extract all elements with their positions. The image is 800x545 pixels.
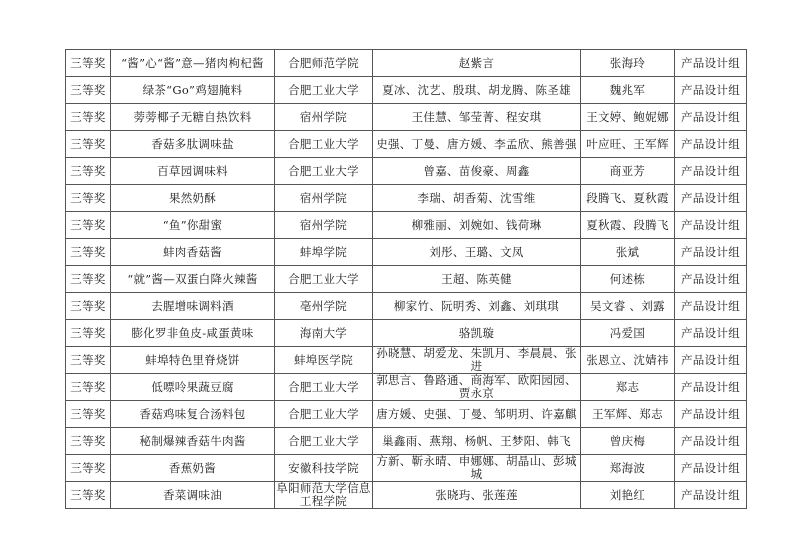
table-row: 三等奖 果然奶酥 宿州学院 李瑞、胡香菊、沈雪维 段腾飞、夏秋霞 产品设计组 bbox=[66, 185, 747, 212]
team-members-cell: 赵紫言 bbox=[373, 50, 581, 77]
award-level-cell: 三等奖 bbox=[66, 104, 111, 131]
award-level-cell: 三等奖 bbox=[66, 266, 111, 293]
category-cell: 产品设计组 bbox=[675, 131, 747, 158]
award-level-cell: 三等奖 bbox=[66, 77, 111, 104]
advisor-cell: 商亚芳 bbox=[581, 158, 675, 185]
advisor-cell: 曾庆梅 bbox=[581, 428, 675, 455]
award-level-cell: 三等奖 bbox=[66, 50, 111, 77]
category-cell: 产品设计组 bbox=[675, 482, 747, 509]
advisor-cell: 魏兆军 bbox=[581, 77, 675, 104]
category-cell: 产品设计组 bbox=[675, 293, 747, 320]
team-members-cell: 曾嘉、苗俊豪、周鑫 bbox=[373, 158, 581, 185]
product-name-cell: 香蕉奶酱 bbox=[111, 455, 275, 482]
award-level-cell: 三等奖 bbox=[66, 158, 111, 185]
table-row: 三等奖 去腥增味调料酒 亳州学院 柳家竹、阮明秀、刘鑫、刘琪琪 吴文睿 、刘露 … bbox=[66, 293, 747, 320]
advisor-cell: 张海玲 bbox=[581, 50, 675, 77]
advisor-cell: 冯爱国 bbox=[581, 320, 675, 347]
table-row: 三等奖 香菇鸡味复合汤料包 合肥工业大学 唐方媛、史强、丁曼、邹明玥、许嘉麒 王… bbox=[66, 401, 747, 428]
product-name-cell: 蚌埠特色里脊烧饼 bbox=[111, 347, 275, 374]
product-name-cell: 绿茶“Go”鸡翅腌料 bbox=[111, 77, 275, 104]
award-level-cell: 三等奖 bbox=[66, 293, 111, 320]
school-cell: 合肥工业大学 bbox=[275, 428, 373, 455]
product-name-cell: 低嘌呤果蔬豆腐 bbox=[111, 374, 275, 401]
table-row: 三等奖 “酱”心“酱”意—猪肉枸杞酱 合肥师范学院 赵紫言 张海玲 产品设计组 bbox=[66, 50, 747, 77]
school-text: 阜阳师范大学信息工程学院 bbox=[276, 482, 371, 508]
award-level-cell: 三等奖 bbox=[66, 374, 111, 401]
product-name-cell: “就”酱—双蛋白降火辣酱 bbox=[111, 266, 275, 293]
product-name-cell: 果然奶酥 bbox=[111, 185, 275, 212]
product-name-cell: 秘制爆辣香菇牛肉酱 bbox=[111, 428, 275, 455]
table-row: 三等奖 百草园调味料 合肥工业大学 曾嘉、苗俊豪、周鑫 商亚芳 产品设计组 bbox=[66, 158, 747, 185]
school-cell: 阜阳师范大学信息工程学院 bbox=[275, 482, 373, 509]
team-members-cell: 刘彤、王璐、文凤 bbox=[373, 239, 581, 266]
school-cell: 宿州学院 bbox=[275, 212, 373, 239]
advisor-cell: 张斌 bbox=[581, 239, 675, 266]
school-cell: 亳州学院 bbox=[275, 293, 373, 320]
advisor-cell: 夏秋霞、段腾飞 bbox=[581, 212, 675, 239]
team-members-cell: 李瑞、胡香菊、沈雪维 bbox=[373, 185, 581, 212]
product-name-cell: 膨化罗非鱼皮-咸蛋黄味 bbox=[111, 320, 275, 347]
category-cell: 产品设计组 bbox=[675, 320, 747, 347]
school-cell: 合肥工业大学 bbox=[275, 77, 373, 104]
team-members-text: 郭思言、鲁路通、商海军、欧阳园园、贾永京 bbox=[374, 374, 579, 400]
advisor-cell: 何述栋 bbox=[581, 266, 675, 293]
product-name-cell: 蚌肉香菇酱 bbox=[111, 239, 275, 266]
team-members-cell: 巢鑫雨、燕翔、杨帆、王梦阳、韩飞 bbox=[373, 428, 581, 455]
category-cell: 产品设计组 bbox=[675, 455, 747, 482]
category-cell: 产品设计组 bbox=[675, 104, 747, 131]
school-cell: 海南大学 bbox=[275, 320, 373, 347]
team-members-cell: 郭思言、鲁路通、商海军、欧阳园园、贾永京 bbox=[373, 374, 581, 401]
school-cell: 合肥工业大学 bbox=[275, 158, 373, 185]
team-members-cell: 柳家竹、阮明秀、刘鑫、刘琪琪 bbox=[373, 293, 581, 320]
team-members-cell: 王佳慧、邹莹菁、程安琪 bbox=[373, 104, 581, 131]
category-cell: 产品设计组 bbox=[675, 266, 747, 293]
school-cell: 宿州学院 bbox=[275, 185, 373, 212]
award-level-cell: 三等奖 bbox=[66, 131, 111, 158]
award-level-cell: 三等奖 bbox=[66, 212, 111, 239]
team-members-cell: 王超、陈英健 bbox=[373, 266, 581, 293]
school-cell: 合肥工业大学 bbox=[275, 401, 373, 428]
team-members-cell: 张晓玙、张莲莲 bbox=[373, 482, 581, 509]
product-name-cell: 香菇鸡味复合汤料包 bbox=[111, 401, 275, 428]
advisor-cell: 郑海波 bbox=[581, 455, 675, 482]
table-row: 三等奖 秘制爆辣香菇牛肉酱 合肥工业大学 巢鑫雨、燕翔、杨帆、王梦阳、韩飞 曾庆… bbox=[66, 428, 747, 455]
award-level-cell: 三等奖 bbox=[66, 239, 111, 266]
team-members-cell: 夏冰、沈艺、殷琪、胡龙腾、陈圣雄 bbox=[373, 77, 581, 104]
school-cell: 合肥工业大学 bbox=[275, 266, 373, 293]
advisor-cell: 叶应旺、王军辉 bbox=[581, 131, 675, 158]
category-cell: 产品设计组 bbox=[675, 239, 747, 266]
category-cell: 产品设计组 bbox=[675, 428, 747, 455]
team-members-cell: 史强、丁曼、唐方媛、李孟欣、熊善强 bbox=[373, 131, 581, 158]
school-cell: 合肥工业大学 bbox=[275, 374, 373, 401]
school-cell: 蚌埠医学院 bbox=[275, 347, 373, 374]
advisor-cell: 刘艳红 bbox=[581, 482, 675, 509]
category-cell: 产品设计组 bbox=[675, 347, 747, 374]
category-cell: 产品设计组 bbox=[675, 158, 747, 185]
award-level-cell: 三等奖 bbox=[66, 428, 111, 455]
table-row: 三等奖 蚌埠特色里脊烧饼 蚌埠医学院 孙晓慧、胡爱龙、朱凯月、李晨晨、张进 张恩… bbox=[66, 347, 747, 374]
advisor-cell: 郑志 bbox=[581, 374, 675, 401]
table-row: 三等奖 香菜调味油 阜阳师范大学信息工程学院 张晓玙、张莲莲 刘艳红 产品设计组 bbox=[66, 482, 747, 509]
product-name-cell: 香菇多肽调味盐 bbox=[111, 131, 275, 158]
table-row: 三等奖 香菇多肽调味盐 合肥工业大学 史强、丁曼、唐方媛、李孟欣、熊善强 叶应旺… bbox=[66, 131, 747, 158]
category-cell: 产品设计组 bbox=[675, 185, 747, 212]
product-name-cell: “鱼”你甜蜜 bbox=[111, 212, 275, 239]
team-members-cell: 孙晓慧、胡爱龙、朱凯月、李晨晨、张进 bbox=[373, 347, 581, 374]
team-members-cell: 柳雅丽、刘婉如、钱荷琳 bbox=[373, 212, 581, 239]
table-row: 三等奖 “就”酱—双蛋白降火辣酱 合肥工业大学 王超、陈英健 何述栋 产品设计组 bbox=[66, 266, 747, 293]
product-name-cell: 百草园调味料 bbox=[111, 158, 275, 185]
team-members-cell: 唐方媛、史强、丁曼、邹明玥、许嘉麒 bbox=[373, 401, 581, 428]
award-level-cell: 三等奖 bbox=[66, 482, 111, 509]
school-cell: 蚌埠学院 bbox=[275, 239, 373, 266]
award-level-cell: 三等奖 bbox=[66, 320, 111, 347]
table-row: 三等奖 绿茶“Go”鸡翅腌料 合肥工业大学 夏冰、沈艺、殷琪、胡龙腾、陈圣雄 魏… bbox=[66, 77, 747, 104]
advisor-cell: 王文婷、鲍妮娜 bbox=[581, 104, 675, 131]
category-cell: 产品设计组 bbox=[675, 77, 747, 104]
advisor-cell: 王军辉、郑志 bbox=[581, 401, 675, 428]
advisor-cell: 张恩立、沈婧祎 bbox=[581, 347, 675, 374]
school-cell: 宿州学院 bbox=[275, 104, 373, 131]
award-level-cell: 三等奖 bbox=[66, 455, 111, 482]
table-row: 三等奖 低嘌呤果蔬豆腐 合肥工业大学 郭思言、鲁路通、商海军、欧阳园园、贾永京 … bbox=[66, 374, 747, 401]
team-members-cell: 骆凯璇 bbox=[373, 320, 581, 347]
team-members-cell: 方新、靳永晴、申娜娜、胡晶山、彭城城 bbox=[373, 455, 581, 482]
table-row: 三等奖 蚌肉香菇酱 蚌埠学院 刘彤、王璐、文凤 张斌 产品设计组 bbox=[66, 239, 747, 266]
category-cell: 产品设计组 bbox=[675, 401, 747, 428]
table-row: 三等奖 膨化罗非鱼皮-咸蛋黄味 海南大学 骆凯璇 冯爱国 产品设计组 bbox=[66, 320, 747, 347]
category-cell: 产品设计组 bbox=[675, 374, 747, 401]
awards-table: 三等奖 “酱”心“酱”意—猪肉枸杞酱 合肥师范学院 赵紫言 张海玲 产品设计组 … bbox=[65, 49, 747, 509]
category-cell: 产品设计组 bbox=[675, 50, 747, 77]
school-cell: 合肥师范学院 bbox=[275, 50, 373, 77]
school-cell: 安徽科技学院 bbox=[275, 455, 373, 482]
school-cell: 合肥工业大学 bbox=[275, 131, 373, 158]
award-level-cell: 三等奖 bbox=[66, 401, 111, 428]
product-name-cell: “酱”心“酱”意—猪肉枸杞酱 bbox=[111, 50, 275, 77]
award-level-cell: 三等奖 bbox=[66, 347, 111, 374]
product-name-cell: 蒡蒡椰子无糖自热饮料 bbox=[111, 104, 275, 131]
award-level-cell: 三等奖 bbox=[66, 185, 111, 212]
product-name-cell: 香菜调味油 bbox=[111, 482, 275, 509]
table-row: 三等奖 香蕉奶酱 安徽科技学院 方新、靳永晴、申娜娜、胡晶山、彭城城 郑海波 产… bbox=[66, 455, 747, 482]
category-cell: 产品设计组 bbox=[675, 212, 747, 239]
document-page: 三等奖 “酱”心“酱”意—猪肉枸杞酱 合肥师范学院 赵紫言 张海玲 产品设计组 … bbox=[0, 0, 800, 545]
advisor-cell: 吴文睿 、刘露 bbox=[581, 293, 675, 320]
table-row: 三等奖 蒡蒡椰子无糖自热饮料 宿州学院 王佳慧、邹莹菁、程安琪 王文婷、鲍妮娜 … bbox=[66, 104, 747, 131]
table-row: 三等奖 “鱼”你甜蜜 宿州学院 柳雅丽、刘婉如、钱荷琳 夏秋霞、段腾飞 产品设计… bbox=[66, 212, 747, 239]
product-name-cell: 去腥增味调料酒 bbox=[111, 293, 275, 320]
advisor-cell: 段腾飞、夏秋霞 bbox=[581, 185, 675, 212]
